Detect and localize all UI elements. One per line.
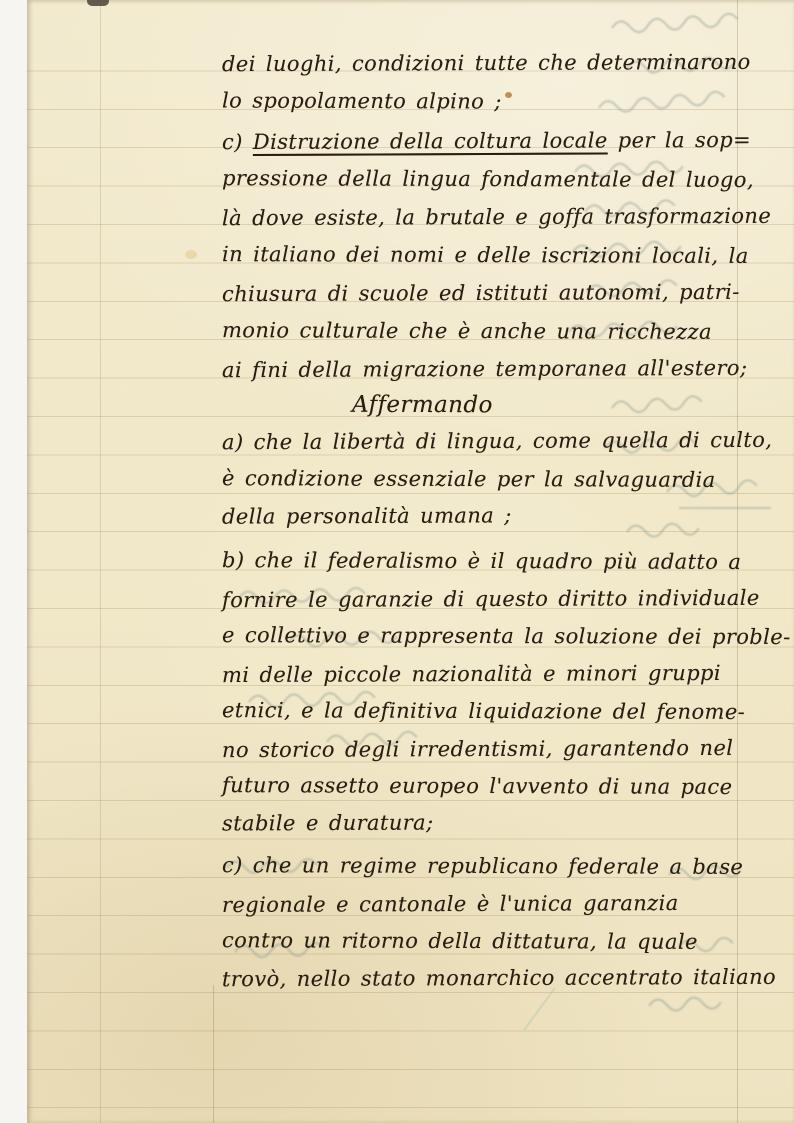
handwritten-line-underlined-heading: c) Distruzione della coltura locale per … bbox=[222, 125, 751, 157]
handwritten-line: ai fini della migrazione temporanea all'… bbox=[222, 353, 748, 385]
handwritten-line: stabile e duratura; bbox=[222, 808, 434, 839]
handwritten-line: fornire le garanzie di questo diritto in… bbox=[222, 583, 760, 615]
handwritten-line: futuro assetto europeo l'avvento di una … bbox=[222, 770, 733, 802]
paper-sheet: dei luoghi, condizioni tutte che determi… bbox=[27, 0, 794, 1123]
handwritten-line: etnici, e la definitiva liquidazione del… bbox=[222, 695, 745, 727]
handwritten-line: lo spopolamento alpino ; bbox=[222, 86, 502, 117]
handwritten-line: dei luoghi, condizioni tutte che determi… bbox=[222, 47, 751, 79]
handwritten-line: no storico degli irredentismi, garantend… bbox=[222, 733, 733, 765]
handwritten-line: a) che la libertà di lingua, come quella… bbox=[222, 425, 772, 457]
handwritten-line: chiusura di scuole ed istituti autonomi,… bbox=[222, 277, 740, 309]
manuscript-text: dei luoghi, condizioni tutte che determi… bbox=[27, 0, 794, 1123]
handwritten-line: trovò, nello stato monarchico accentrato… bbox=[222, 962, 776, 994]
handwritten-line: in italiano dei nomi e delle iscrizioni … bbox=[222, 239, 749, 271]
list-marker-c: c) bbox=[222, 130, 253, 154]
handwritten-line: è condizione essenziale per la salvaguar… bbox=[222, 463, 716, 495]
handwritten-line: c) che un regime republicano federale a … bbox=[222, 850, 743, 882]
handwritten-line: b) che il federalismo è il quadro più ad… bbox=[222, 545, 741, 577]
line-continuation: per la sop= bbox=[608, 128, 752, 153]
handwritten-line: mi delle piccole nazionalità e minori gr… bbox=[222, 658, 721, 690]
underlined-phrase: Distruzione della coltura locale bbox=[253, 128, 608, 154]
handwritten-line: e collettivo e rappresenta la soluzione … bbox=[222, 620, 791, 652]
handwritten-line: là dove esiste, la brutale e goffa trasf… bbox=[222, 201, 771, 233]
handwritten-line: regionale e cantonale è l'unica garanzia bbox=[222, 888, 679, 920]
handwritten-line: contro un ritorno della dittatura, la qu… bbox=[222, 925, 698, 957]
handwritten-line: della personalità umana ; bbox=[222, 500, 512, 531]
scanned-page: dei luoghi, condizioni tutte che determi… bbox=[0, 0, 794, 1123]
handwritten-line: pressione della lingua fondamentale del … bbox=[222, 163, 754, 195]
handwritten-line: monio culturale che è anche una ricchezz… bbox=[222, 315, 712, 347]
section-heading-affermando: Affermando bbox=[352, 390, 493, 420]
